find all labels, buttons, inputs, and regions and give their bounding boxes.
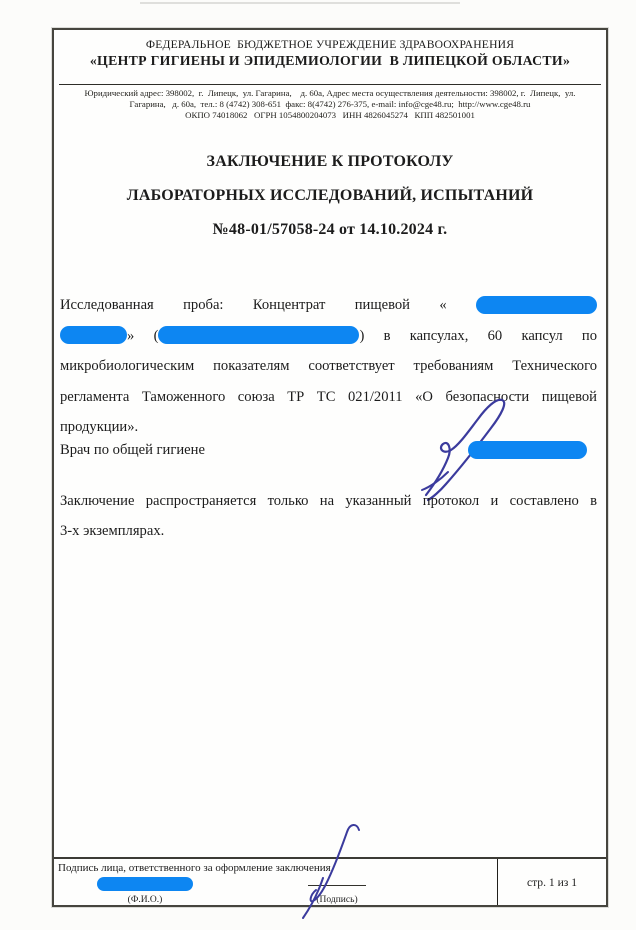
footer-signature-cell: Подпись лица, ответственного за оформлен… (54, 859, 497, 905)
org-name-line1: ФЕДЕРАЛЬНОЕ БЮДЖЕТНОЕ УЧРЕЖДЕНИЕ ЗДРАВОО… (54, 38, 606, 51)
page-indicator: стр. 1 из 1 (527, 876, 577, 889)
paragraph-line: » () в капсулах, 60 капсул по (60, 321, 597, 352)
fio-caption: (Ф.И.О.) (114, 895, 176, 905)
header-divider (59, 84, 601, 85)
page-indicator-cell: стр. 1 из 1 (497, 859, 606, 905)
org-address-line1: Юридический адрес: 398002, г. Липецк, ул… (54, 88, 606, 99)
org-address-line3: ОКПО 74018062 ОГРН 1054800204073 ИНН 482… (54, 110, 606, 121)
org-name-line2: «ЦЕНТР ГИГИЕНЫ И ЭПИДЕМИОЛОГИИ В ЛИПЕЦКО… (54, 53, 606, 69)
redaction-bar-product-detail (158, 326, 359, 344)
title-line1: ЗАКЛЮЧЕНИЕ К ПРОТОКОЛУ (54, 145, 606, 179)
sample-intro-text: Исследованная проба: Концентрат пищевой … (60, 297, 447, 313)
paragraph-line: Заключение распространяется только на ук… (60, 486, 597, 516)
document-title: ЗАКЛЮЧЕНИЕ К ПРОТОКОЛУ ЛАБОРАТОРНЫХ ИССЛ… (54, 145, 606, 247)
doctor-role-label: Врач по общей гигиене (60, 442, 205, 459)
scan-edge-artifact (140, 2, 460, 4)
sample-line2-rest: в капсулах, 60 капсул по (384, 328, 597, 344)
note-paragraph: Заключение распространяется только на ук… (60, 486, 597, 546)
footer-signature-stroke (295, 818, 377, 922)
redaction-bar-product-name-2 (60, 326, 127, 344)
close-quote: » (127, 328, 134, 344)
title-line3: №48-01/57058-24 от 14.10.2024 г. (54, 213, 606, 247)
redaction-bar-responsible-name (97, 877, 193, 891)
org-address-block: Юридический адрес: 398002, г. Липецк, ул… (54, 88, 606, 122)
paragraph-line: 3-х экземплярах. (60, 516, 597, 546)
redaction-bar-doctor-name (468, 441, 587, 459)
redaction-bar-product-name-1 (476, 296, 597, 314)
document-border-frame: ФЕДЕРАЛЬНОЕ БЮДЖЕТНОЕ УЧРЕЖДЕНИЕ ЗДРАВОО… (52, 28, 608, 907)
close-paren: ) (359, 328, 364, 344)
paragraph-line: Исследованная проба: Концентрат пищевой … (60, 290, 597, 321)
responsible-person-label: Подпись лица, ответственного за оформлен… (58, 862, 331, 874)
scanned-document-page: { "header": { "org_line1": "ФЕДЕРАЛЬНОЕ … (0, 0, 636, 930)
org-address-line2: Гагарина, д. 60а, тел.: 8 (4742) 308-651… (54, 99, 606, 110)
paragraph-line: микробиологическим показателям соответст… (60, 351, 597, 382)
title-line2: ЛАБОРАТОРНЫХ ИССЛЕДОВАНИЙ, ИСПЫТАНИЙ (54, 179, 606, 213)
